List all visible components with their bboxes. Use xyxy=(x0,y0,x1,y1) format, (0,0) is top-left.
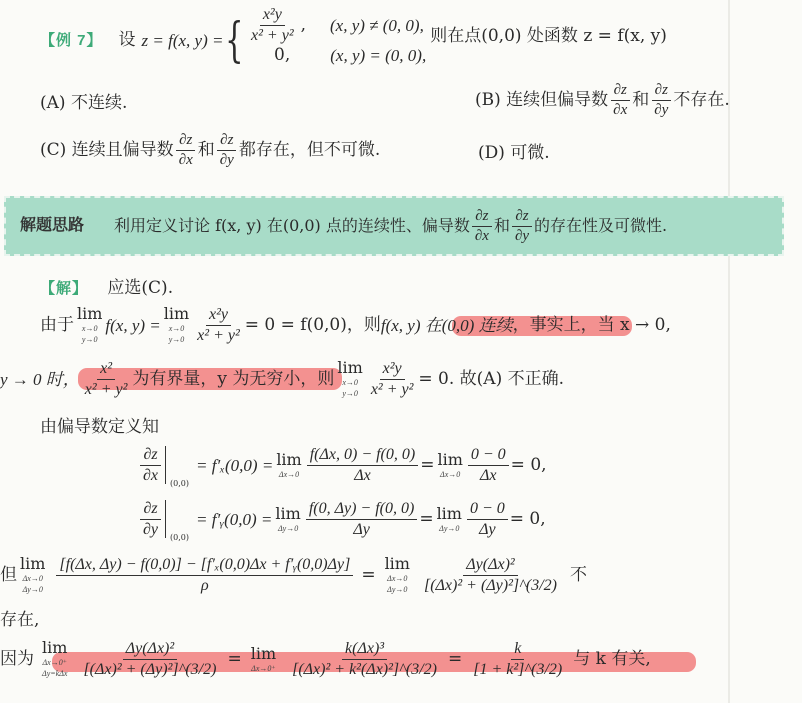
solution-line-3: 由偏导数定义知 xyxy=(40,419,159,436)
dz-dx-fraction: ∂z∂x xyxy=(472,208,492,244)
hint-box: 解题思路 利用定义讨论 f(x, y) 在(0,0) 点的连续性、偏导数 ∂z∂… xyxy=(4,196,784,256)
limit-operator: limx→0y→0 xyxy=(337,360,362,398)
limit-operator: limΔy→0 xyxy=(437,506,462,533)
limit-operator: limΔx→0⁺ xyxy=(251,646,276,673)
dz-dy-fraction: ∂z∂y xyxy=(512,208,532,244)
case-1: x²y x² + y² , (x, y) ≠ (0, 0), xyxy=(246,10,426,40)
example-tag: 【例 7】 xyxy=(40,33,103,48)
partial-y-equation: ∂z∂y (0,0) = f′ᵧ(0,0) = limΔy→0 f(0, Δy)… xyxy=(138,500,546,538)
highlighted-continuity-text: f(x, y) 在(0,0) 连续 xyxy=(381,317,513,334)
hint-label: 解题思路 xyxy=(20,218,84,234)
limit-operator: limx→0y→0 xyxy=(77,306,102,344)
partial-x-equation: ∂z∂x (0,0) = f′ₓ(0,0) = limΔx→0 f(Δx, 0)… xyxy=(138,446,547,484)
solution-line-2: y → 0 时， x²x² + y² 为有界量，y 为无穷小 ，则 limx→0… xyxy=(0,360,564,398)
option-a: (A) 不连续. xyxy=(40,95,127,112)
problem-intro: 设 xyxy=(119,32,136,49)
solution-line-4: 但 limΔx→0Δy→0 [f(Δx, Δy) − f(0,0)] − [f′… xyxy=(0,556,587,594)
case-2: 0, (x, y) = (0, 0), xyxy=(246,40,426,70)
hint-content: 解题思路 利用定义讨论 f(x, y) 在(0,0) 点的连续性、偏导数 ∂z∂… xyxy=(20,206,667,246)
solution-tag: 【解】 xyxy=(40,280,88,297)
case1-fraction: x²y x² + y² xyxy=(248,6,297,44)
dz-dy-fraction: ∂z∂y xyxy=(651,82,671,118)
case1-condition: (x, y) ≠ (0, 0), xyxy=(330,17,424,34)
case2-condition: (x, y) = (0, 0), xyxy=(330,47,426,64)
limit-operator: limΔx→0⁺Δy=kΔx xyxy=(42,640,67,678)
problem-statement: 【例 7】 设 z = f(x, y) = { x²y x² + y² , (x… xyxy=(40,8,667,72)
dz-dy-fraction: ∂z∂y xyxy=(217,132,237,168)
limit-operator: limΔx→0Δy→0 xyxy=(385,556,410,594)
solution-line-5: 存在, xyxy=(0,612,39,629)
option-d: (D) 可微. xyxy=(478,145,550,162)
case2-value: 0, xyxy=(274,47,290,64)
piecewise-cases: x²y x² + y² , (x, y) ≠ (0, 0), 0, (x, y)… xyxy=(246,10,426,70)
option-c: (C) 连续且偏导数 ∂z∂x 和 ∂z∂y 都存在，但不可微. xyxy=(40,132,380,168)
problem-question: 则在点(0,0) 处函数 z = f(x, y) xyxy=(430,28,667,45)
option-b: (B) 连续但偏导数 ∂z∂x 和 ∂z∂y 不存在. xyxy=(475,82,730,118)
dz-dx-fraction: ∂z∂x xyxy=(610,82,630,118)
limit-operator: limΔx→0Δy→0 xyxy=(20,556,45,594)
solution-answer: 应选(C). xyxy=(107,278,173,298)
limit-operator: limΔy→0 xyxy=(275,506,300,533)
dz-dx-fraction: ∂z∂x xyxy=(176,132,196,168)
limit-operator: limΔx→0 xyxy=(437,452,462,479)
limit-operator: limΔx→0 xyxy=(276,452,301,479)
highlighted-depends-k-text: 与 k 有关, xyxy=(573,651,651,668)
limit-operator: limx→0y→0 xyxy=(164,306,189,344)
highlighted-bounded-text: 为有界量，y 为无穷小 xyxy=(132,371,300,388)
piecewise-brace: { xyxy=(226,16,244,64)
function-def: z = f(x, y) = xyxy=(142,32,224,49)
solution-line-1: 由于 limx→0y→0 f(x, y) = limx→0y→0 x²yx² +… xyxy=(40,306,671,344)
hint-text: 利用定义讨论 f(x, y) 在(0,0) 点的连续性、偏导数 xyxy=(114,218,470,234)
solution-line-6: 因为 limΔx→0⁺Δy=kΔx Δy(Δx)²[(Δx)² + (Δy)²]… xyxy=(0,640,651,678)
solution-header: 【解】 应选(C). xyxy=(40,280,173,297)
